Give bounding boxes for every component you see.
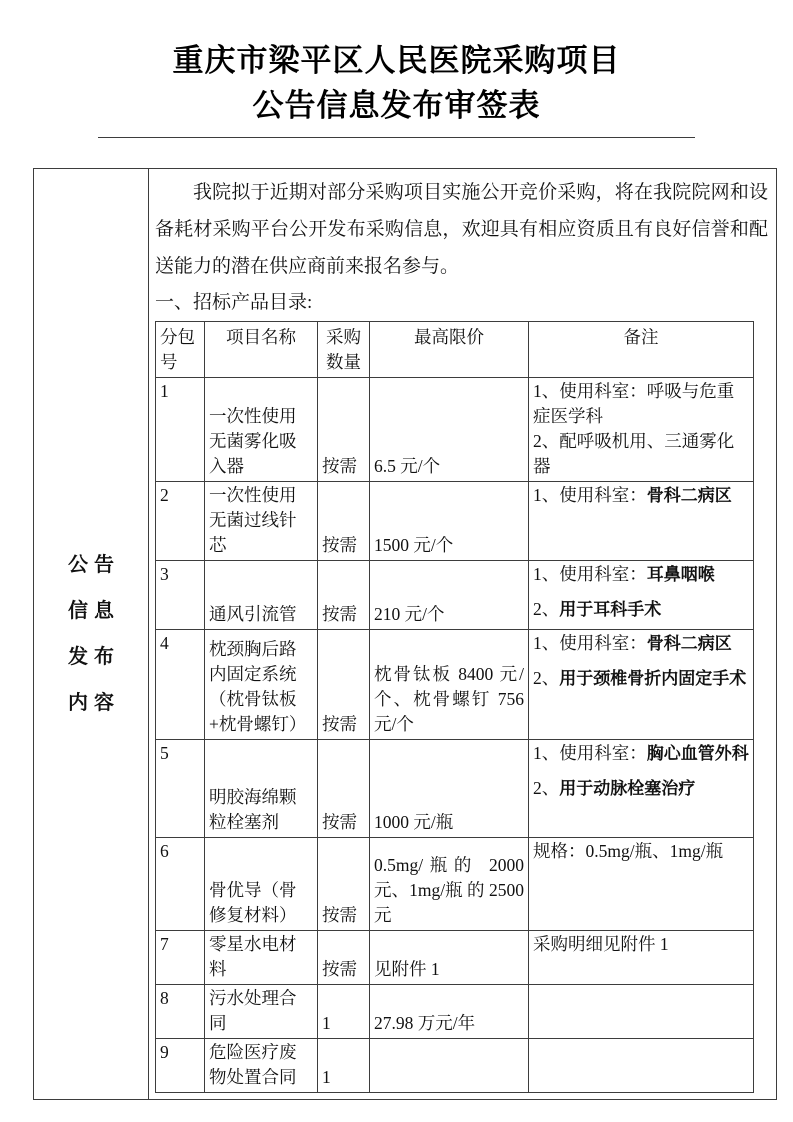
- cell-package-no: 5: [156, 740, 205, 838]
- title-underline: [98, 137, 695, 138]
- cell-price-limit: 见附件 1: [370, 931, 529, 985]
- cell-package-no: 1: [156, 378, 205, 482]
- table-row: 7零星水电材料按需见附件 1采购明细见附件 1: [156, 931, 754, 985]
- table-row: 2一次性使用无菌过线针芯按需1500 元/个1、使用科室：骨科二病区: [156, 482, 754, 561]
- table-row: 1一次性使用无菌雾化吸入器按需6.5 元/个1、使用科室：呼吸与危重症医学科2、…: [156, 378, 754, 482]
- cell-price-limit: 0.5mg/瓶的 2000 元、1mg/瓶 的 2500 元: [370, 838, 529, 931]
- cell-quantity: 按需: [318, 740, 370, 838]
- cell-quantity: 1: [318, 1039, 370, 1093]
- section-heading: 一、招标产品目录:: [155, 285, 768, 320]
- cell-price-limit: 1000 元/瓶: [370, 740, 529, 838]
- cell-remark: 1、使用科室：胸心血管外科2、用于动脉栓塞治疗: [529, 740, 754, 838]
- cell-remark: 1、使用科室：骨科二病区2、用于颈椎骨折内固定手术: [529, 630, 754, 740]
- cell-quantity: 按需: [318, 630, 370, 740]
- cell-price-limit: 6.5 元/个: [370, 378, 529, 482]
- table-row: 9危险医疗废物处置合同1: [156, 1039, 754, 1093]
- cell-quantity: 按需: [318, 931, 370, 985]
- header-row: 分包号 项目名称 采购数量 最高限价 备注: [156, 322, 754, 378]
- cell-item-name: 零星水电材料: [205, 931, 318, 985]
- cell-item-name: 一次性使用无菌过线针芯: [205, 482, 318, 561]
- cell-item-name: 污水处理合同: [205, 985, 318, 1039]
- remark-line: 1、使用科室：骨科二病区: [533, 483, 749, 508]
- cell-remark: [529, 985, 754, 1039]
- catalog-table: 分包号 项目名称 采购数量 最高限价 备注 1一次性使用无菌雾化吸入器按需6.5…: [155, 321, 754, 1093]
- remark-line: 规格：0.5mg/瓶、1mg/瓶: [533, 839, 749, 864]
- cell-package-no: 7: [156, 931, 205, 985]
- remark-line: 1、使用科室：呼吸与危重症医学科: [533, 379, 749, 429]
- cell-item-name: 骨优导（骨修复材料）: [205, 838, 318, 931]
- remark-line: 2、用于动脉栓塞治疗: [533, 776, 749, 801]
- catalog-table-header: 分包号 项目名称 采购数量 最高限价 备注: [156, 322, 754, 378]
- catalog-table-body: 1一次性使用无菌雾化吸入器按需6.5 元/个1、使用科室：呼吸与危重症医学科2、…: [156, 378, 754, 1093]
- remark-line: 2、配呼吸机用、三通雾化器: [533, 429, 749, 479]
- remark-line: 2、用于颈椎骨折内固定手术: [533, 666, 749, 691]
- cell-price-limit: 27.98 万元/年: [370, 985, 529, 1039]
- header-item-name: 项目名称: [205, 322, 318, 378]
- header-quantity: 采购数量: [318, 322, 370, 378]
- cell-item-name: 危险医疗废物处置合同: [205, 1039, 318, 1093]
- header-price-limit: 最高限价: [370, 322, 529, 378]
- cell-package-no: 3: [156, 561, 205, 630]
- title-block: 重庆市梁平区人民医院采购项目 公告信息发布审签表: [0, 0, 793, 138]
- announcement-form-table: 公告 信息 发布 内容 我院拟于近期对部分采购项目实施公开竞价采购，将在我院院网…: [33, 168, 777, 1100]
- header-package-no: 分包号: [156, 322, 205, 378]
- announcement-content-cell: 我院拟于近期对部分采购项目实施公开竞价采购，将在我院院网和设备耗材采购平台公开发…: [149, 169, 776, 1099]
- cell-price-limit: 枕骨钛板 8400 元/个、枕骨螺钉 756 元/个: [370, 630, 529, 740]
- cell-quantity: 按需: [318, 838, 370, 931]
- cell-price-limit: 210 元/个: [370, 561, 529, 630]
- cell-quantity: 按需: [318, 561, 370, 630]
- remark-line: 1、使用科室：胸心血管外科: [533, 741, 749, 766]
- table-row: 6骨优导（骨修复材料）按需0.5mg/瓶的 2000 元、1mg/瓶 的 250…: [156, 838, 754, 931]
- table-row: 4枕颈胸后路内固定系统（枕骨钛板+枕骨螺钉）按需枕骨钛板 8400 元/个、枕骨…: [156, 630, 754, 740]
- row-label-text: 内容: [34, 680, 148, 726]
- cell-package-no: 4: [156, 630, 205, 740]
- cell-package-no: 2: [156, 482, 205, 561]
- remark-line: 2、用于耳科手术: [533, 597, 749, 622]
- cell-price-limit: [370, 1039, 529, 1093]
- cell-quantity: 按需: [318, 482, 370, 561]
- document-page: 重庆市梁平区人民医院采购项目 公告信息发布审签表 公告 信息 发布 内容 我院拟…: [0, 0, 793, 1122]
- row-label-text: 信息: [34, 588, 148, 634]
- cell-price-limit: 1500 元/个: [370, 482, 529, 561]
- cell-item-name: 明胶海绵颗粒栓塞剂: [205, 740, 318, 838]
- row-label-text: 发布: [34, 634, 148, 680]
- cell-remark: 1、使用科室：呼吸与危重症医学科2、配呼吸机用、三通雾化器: [529, 378, 754, 482]
- cell-remark: 采购明细见附件 1: [529, 931, 754, 985]
- cell-item-name: 通风引流管: [205, 561, 318, 630]
- row-label-announcement-content: 公告 信息 发布 内容: [34, 169, 149, 1099]
- header-remark: 备注: [529, 322, 754, 378]
- page-title-line2: 公告信息发布审签表: [0, 83, 793, 128]
- cell-remark: [529, 1039, 754, 1093]
- cell-remark: 1、使用科室：耳鼻咽喉2、用于耳科手术: [529, 561, 754, 630]
- table-row: 8污水处理合同127.98 万元/年: [156, 985, 754, 1039]
- page-title-line1: 重庆市梁平区人民医院采购项目: [0, 38, 793, 83]
- cell-package-no: 8: [156, 985, 205, 1039]
- cell-package-no: 9: [156, 1039, 205, 1093]
- row-label-text: 公告: [34, 542, 148, 588]
- cell-item-name: 一次性使用无菌雾化吸入器: [205, 378, 318, 482]
- table-row: 5明胶海绵颗粒栓塞剂按需1000 元/瓶1、使用科室：胸心血管外科2、用于动脉栓…: [156, 740, 754, 838]
- table-row: 3通风引流管按需210 元/个1、使用科室：耳鼻咽喉2、用于耳科手术: [156, 561, 754, 630]
- intro-paragraph: 我院拟于近期对部分采购项目实施公开竞价采购，将在我院院网和设备耗材采购平台公开发…: [155, 174, 768, 285]
- cell-item-name: 枕颈胸后路内固定系统（枕骨钛板+枕骨螺钉）: [205, 630, 318, 740]
- remark-line: 1、使用科室：耳鼻咽喉: [533, 562, 749, 587]
- cell-quantity: 1: [318, 985, 370, 1039]
- cell-package-no: 6: [156, 838, 205, 931]
- remark-line: 1、使用科室：骨科二病区: [533, 631, 749, 656]
- remark-line: 采购明细见附件 1: [533, 932, 749, 957]
- cell-quantity: 按需: [318, 378, 370, 482]
- cell-remark: 规格：0.5mg/瓶、1mg/瓶: [529, 838, 754, 931]
- cell-remark: 1、使用科室：骨科二病区: [529, 482, 754, 561]
